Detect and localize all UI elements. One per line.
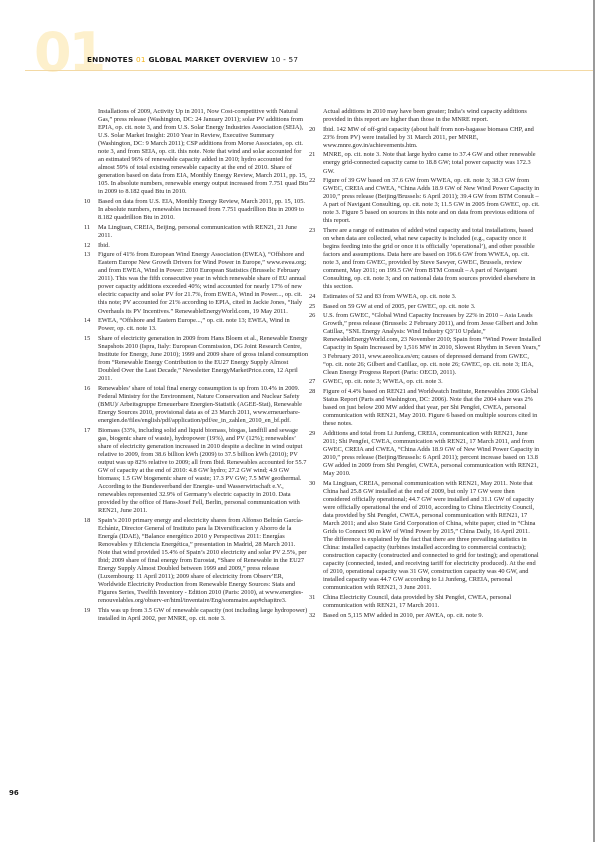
endnote-number: 14 bbox=[84, 317, 98, 333]
endnote-text: Estimates of 52 and 83 from WWEA, op. ci… bbox=[323, 293, 541, 301]
endnote-number: 16 bbox=[84, 385, 98, 425]
endnote-text: Ibid. 142 MW of off-grid capacity (about… bbox=[323, 126, 541, 150]
endnote-text: Ma Lingjuan, CREIA, personal communicati… bbox=[323, 480, 541, 593]
endnote-item: 30Ma Lingjuan, CREIA, personal communica… bbox=[309, 480, 541, 593]
endnote-text: Based on data from U.S. EIA, Monthly Ene… bbox=[98, 198, 308, 222]
header-section: ENDNOTES bbox=[87, 55, 133, 64]
endnote-text: Based on 5,115 MW added in 2010, per AWE… bbox=[323, 612, 541, 620]
endnote-text: Installations of 2009, Activity Up in 20… bbox=[98, 108, 308, 197]
endnote-item: 21MNRE, op. cit. note 3. Note that large… bbox=[309, 151, 541, 175]
endnote-text: MNRE, op. cit. note 3. Note that large h… bbox=[323, 151, 541, 175]
endnote-text: Figure of 39 GW based on 37.6 GW from WW… bbox=[323, 177, 541, 225]
endnote-number: 10 bbox=[84, 198, 98, 222]
endnote-number: 17 bbox=[84, 427, 98, 516]
endnote-number: 11 bbox=[84, 224, 98, 240]
endnote-item: 11Ma Lingjuan, CREIA, Beijing, personal … bbox=[84, 224, 308, 240]
endnote-item: Actual additions in 2010 may have been g… bbox=[309, 108, 541, 124]
endnote-item: 24Estimates of 52 and 83 from WWEA, op. … bbox=[309, 293, 541, 301]
endnote-text: GWEC, op. cit. note 3; WWEA, op. cit. no… bbox=[323, 378, 541, 386]
endnote-number: 19 bbox=[84, 607, 98, 623]
header-rule bbox=[25, 70, 593, 71]
header-chapter-tag: 01 bbox=[136, 55, 146, 64]
endnote-item: 15Share of electricity generation in 200… bbox=[84, 335, 308, 383]
endnote-item: 25Based on 59 GW at end of 2005, per GWE… bbox=[309, 303, 541, 311]
endnote-text: Share of electricity generation in 2009 … bbox=[98, 335, 308, 383]
endnote-item: 19This was up from 3.5 GW of renewable c… bbox=[84, 607, 308, 623]
chapter-number-watermark: 01 bbox=[34, 26, 103, 80]
endnote-number: 15 bbox=[84, 335, 98, 383]
endnote-text: Renewables’ share of total final energy … bbox=[98, 385, 308, 425]
endnote-text: U.S. from GWEC, “Global Wind Capacity In… bbox=[323, 312, 541, 376]
endnote-item: 26U.S. from GWEC, “Global Wind Capacity … bbox=[309, 312, 541, 376]
header-page-range: 10 - 57 bbox=[271, 55, 298, 64]
endnote-item: 12Ibid. bbox=[84, 242, 308, 250]
endnote-number: 25 bbox=[309, 303, 323, 311]
page-number: 96 bbox=[9, 789, 19, 797]
endnote-item: 23There are a range of estimates of adde… bbox=[309, 227, 541, 291]
endnote-number: 26 bbox=[309, 312, 323, 376]
endnote-number: 24 bbox=[309, 293, 323, 301]
endnote-text: This was up from 3.5 GW of renewable cap… bbox=[98, 607, 308, 623]
endnote-item: 16Renewables’ share of total final energ… bbox=[84, 385, 308, 425]
endnote-number: 20 bbox=[309, 126, 323, 150]
endnote-text: There are a range of estimates of added … bbox=[323, 227, 541, 291]
endnote-item: 31China Electricity Council, data provid… bbox=[309, 594, 541, 610]
endnote-text: Figure of 41% from European Wind Energy … bbox=[98, 251, 308, 315]
endnote-number: 22 bbox=[309, 177, 323, 225]
endnote-item: 28Figure of 4.4% based on REN21 and Worl… bbox=[309, 388, 541, 428]
endnote-item: 27GWEC, op. cit. note 3; WWEA, op. cit. … bbox=[309, 378, 541, 386]
endnote-number: 13 bbox=[84, 251, 98, 315]
endnote-text: Additions and total from Li Junfeng, CRE… bbox=[323, 430, 541, 478]
endnote-number: 21 bbox=[309, 151, 323, 175]
endnote-text: Ibid. bbox=[98, 242, 308, 250]
endnote-item: 10Based on data from U.S. EIA, Monthly E… bbox=[84, 198, 308, 222]
endnote-text: Spain’s 2010 primary energy and electric… bbox=[98, 517, 308, 606]
endnote-text: Biomass (33%, including solid and liquid… bbox=[98, 427, 308, 516]
endnote-number: 18 bbox=[84, 517, 98, 606]
endnote-text: China Electricity Council, data provided… bbox=[323, 594, 541, 610]
endnote-item: 13Figure of 41% from European Wind Energ… bbox=[84, 251, 308, 315]
endnote-item: 17Biomass (33%, including solid and liqu… bbox=[84, 427, 308, 516]
endnote-number: 29 bbox=[309, 430, 323, 478]
endnote-item: 29Additions and total from Li Junfeng, C… bbox=[309, 430, 541, 478]
endnotes-right-column: Actual additions in 2010 may have been g… bbox=[309, 108, 541, 621]
endnote-text: Actual additions in 2010 may have been g… bbox=[323, 108, 541, 124]
endnote-number: 30 bbox=[309, 480, 323, 593]
endnote-number: 23 bbox=[309, 227, 323, 291]
endnote-item: Installations of 2009, Activity Up in 20… bbox=[84, 108, 308, 197]
endnote-number: 12 bbox=[84, 242, 98, 250]
endnotes-left-column: Installations of 2009, Activity Up in 20… bbox=[84, 108, 308, 624]
endnote-text: Based on 59 GW at end of 2005, per GWEC,… bbox=[323, 303, 541, 311]
header-chapter-title: GLOBAL MARKET OVERVIEW bbox=[148, 55, 268, 64]
endnote-number: 32 bbox=[309, 612, 323, 620]
endnote-number: 28 bbox=[309, 388, 323, 428]
endnote-text: Figure of 4.4% based on REN21 and Worldw… bbox=[323, 388, 541, 428]
endnote-text: Ma Lingjuan, CREIA, Beijing, personal co… bbox=[98, 224, 308, 240]
endnote-text: EWEA, “Offshore and Eastern Europe...,” … bbox=[98, 317, 308, 333]
running-header: ENDNOTES 01 GLOBAL MARKET OVERVIEW 10 - … bbox=[87, 55, 298, 64]
endnote-item: 32Based on 5,115 MW added in 2010, per A… bbox=[309, 612, 541, 620]
endnote-number: 31 bbox=[309, 594, 323, 610]
endnote-item: 18Spain’s 2010 primary energy and electr… bbox=[84, 517, 308, 606]
endnote-item: 20Ibid. 142 MW of off-grid capacity (abo… bbox=[309, 126, 541, 150]
endnote-item: 14EWEA, “Offshore and Eastern Europe...,… bbox=[84, 317, 308, 333]
endnote-number: 27 bbox=[309, 378, 323, 386]
endnote-item: 22Figure of 39 GW based on 37.6 GW from … bbox=[309, 177, 541, 225]
